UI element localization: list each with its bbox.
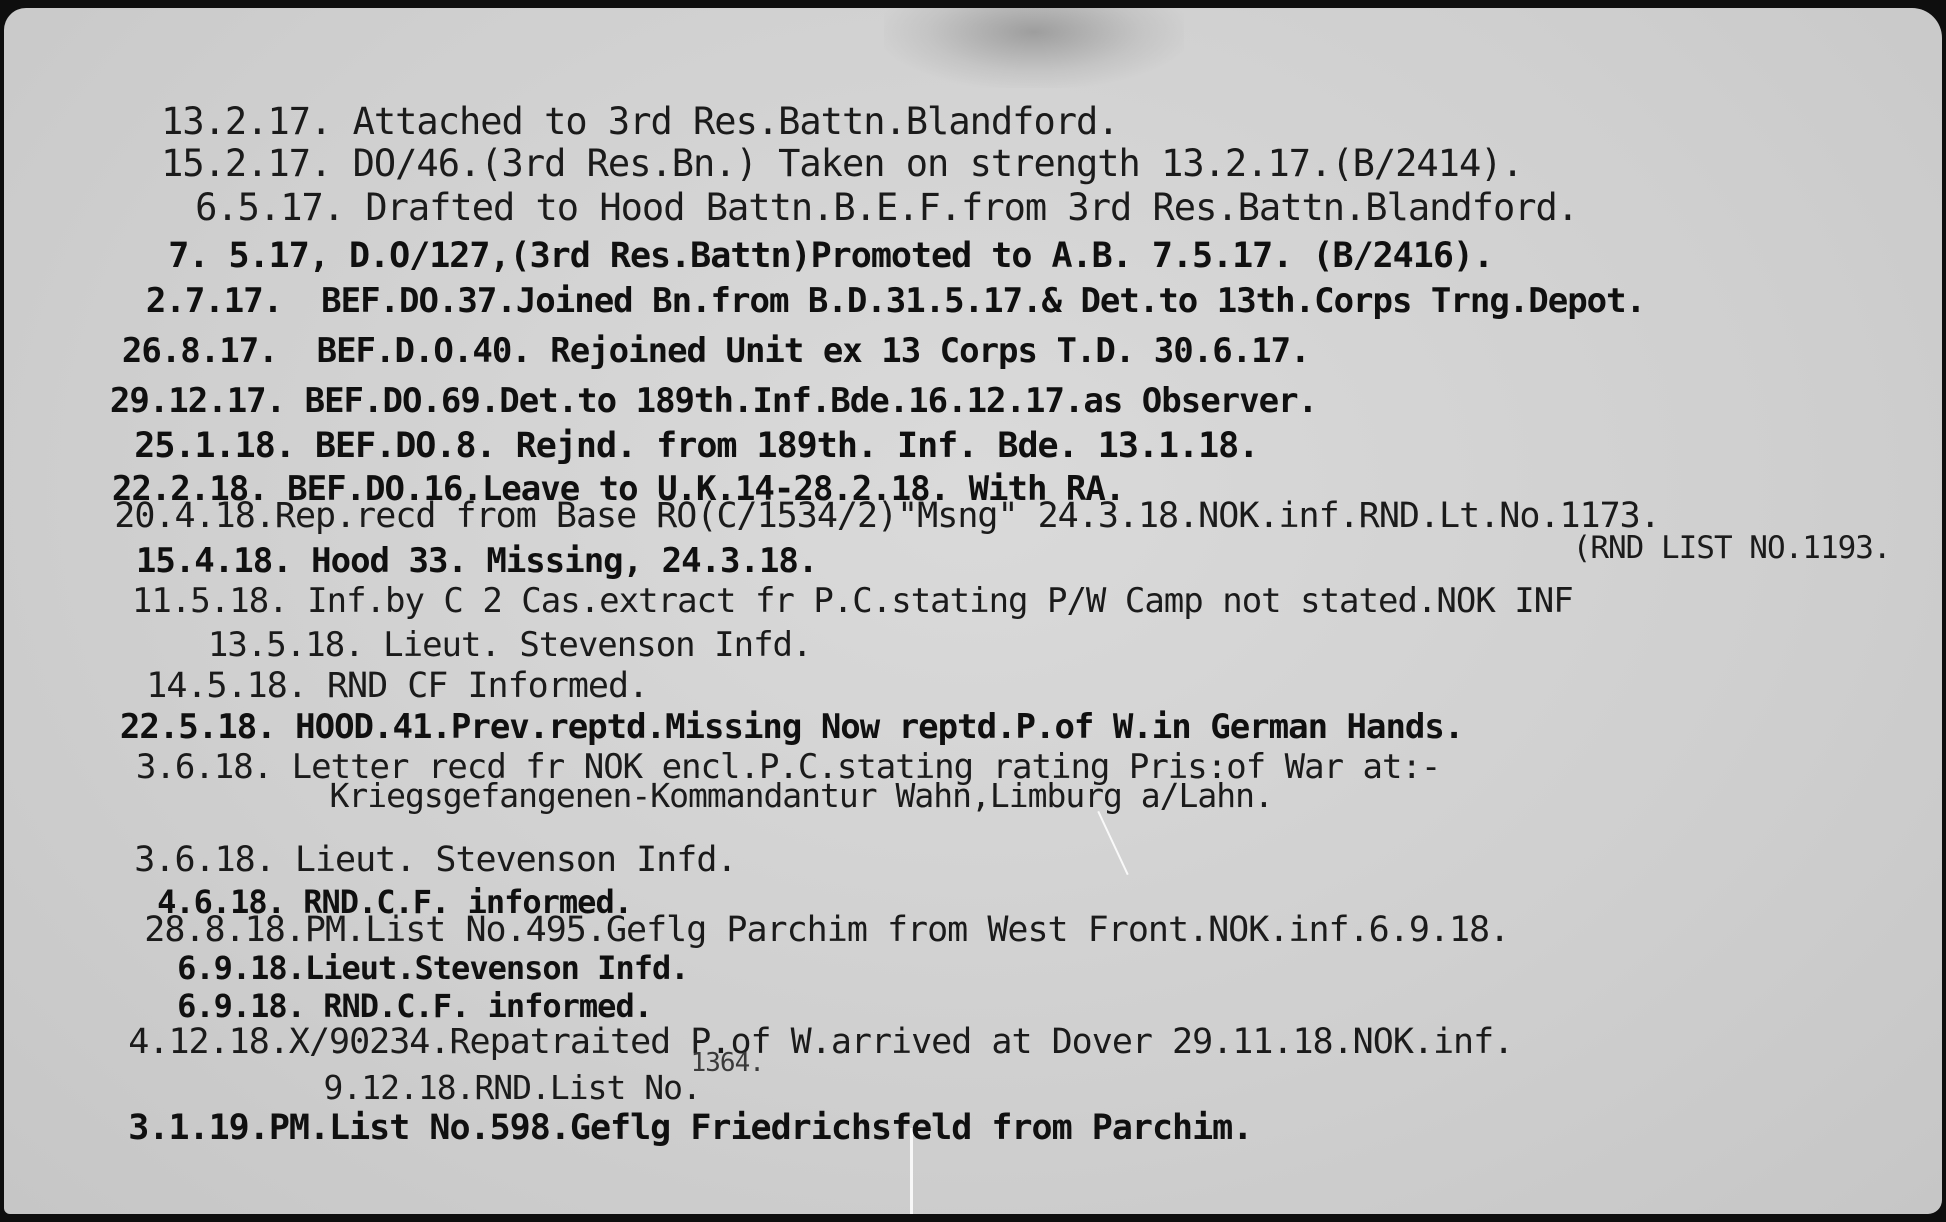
entry-date: 3.1.19.	[128, 1108, 269, 1148]
entry-text: PM.List No.598.Geflg Friedrichsfeld from…	[269, 1108, 1253, 1148]
record-card: 13.2.17. Attached to 3rd Res.Battn.Bland…	[4, 8, 1942, 1214]
entry-text: (RND LIST NO.1193.	[1573, 530, 1891, 566]
entry-date: 3.6.18.	[136, 747, 272, 787]
entry-line: 3.1.19.PM.List No.598.Geflg Friedrichsfe…	[48, 1076, 1252, 1181]
entry-text: 1364.	[691, 1048, 764, 1078]
